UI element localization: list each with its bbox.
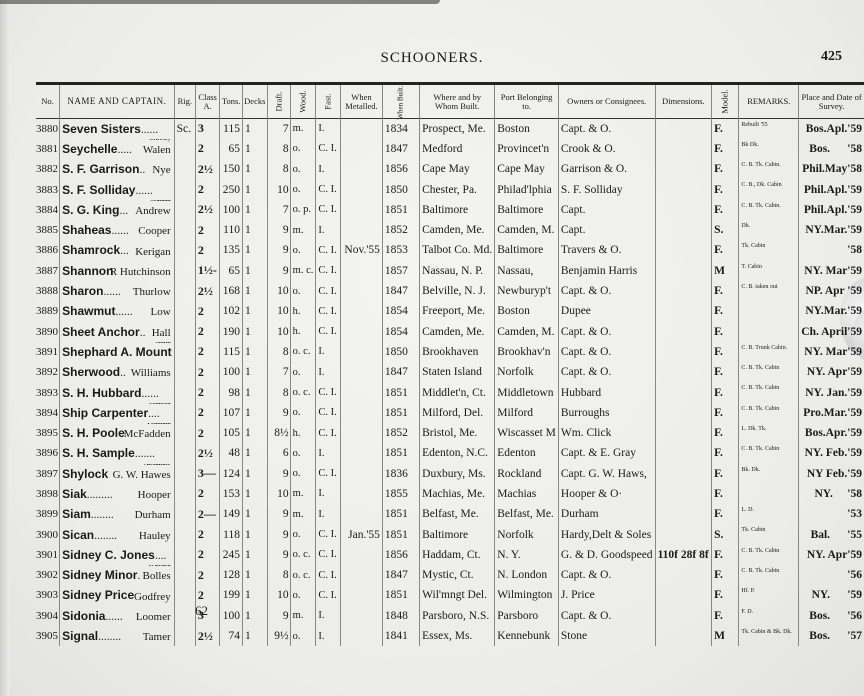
captain-name: Kerigan [135,246,170,258]
leader-dots: .. [120,367,126,379]
cell-no: 3897 [36,464,60,484]
cell-dimensions [655,301,712,321]
cell-survey: Phil.Apl.'59 [799,200,864,220]
leader-dots: . [137,570,140,582]
cell-survey: NP. Apr '59 [799,281,864,301]
prior-captain: Crawley [149,139,171,142]
cell-metalled [340,423,382,443]
cell-fast: C. I. [316,281,341,301]
table-row: 3882 S. F. Garrison.. Nye 2½ 150 1 8 o. … [36,159,864,179]
cell-rig [174,261,195,281]
cell-port: Norfolk [495,362,559,382]
cell-no: 3891 [36,342,60,362]
cell-decks: 1 [242,200,267,220]
cell-no: 3881 [36,139,60,159]
cell-built: 1856 [382,545,419,565]
leader-dots: ... [120,245,129,257]
cell-tons: 149 [220,504,243,524]
header-model-label: Model. [721,89,730,113]
cell-where-built: Baltimore [420,200,495,220]
cell-no: 3885 [36,220,60,240]
cell-name-captain: S. G. King... Seaman Andrew [60,200,175,220]
vessel-name: Signal [62,629,98,643]
cell-name-captain: Sidney Minor. J. Bedell Bolles [60,565,175,585]
vessel-name: Sharon [62,284,103,298]
cell-no: 3899 [36,504,60,524]
prior-captain: Fountain [147,423,170,426]
cell-fast: C. I. [316,382,341,402]
cell-tons: 100 [220,362,243,382]
cell-remarks: L. D. [739,504,799,524]
cell-built: 1852 [382,423,419,443]
prior-captain: Smith [155,342,170,345]
cell-rig [174,220,195,240]
vessel-name: S. H. Hubbard [62,386,141,400]
cell-remarks: Tk. Cabin & Bk. Dk. [739,626,799,646]
leader-dots: ........ [98,631,121,643]
cell-metalled [340,159,382,179]
cell-decks: 1 [242,281,267,301]
cell-metalled: Jan.'55 [340,524,382,544]
cell-wood: o. [290,179,316,199]
cell-model: F. [712,464,739,484]
cell-where-built: Belville, N. J. [420,281,495,301]
cell-survey: '53 [799,504,864,524]
cell-rig [174,240,195,260]
cell-port: Baltimore [495,200,559,220]
cell-owners: Capt. & O. [558,606,655,626]
cell-decks: 1 [242,585,267,605]
cell-draft: 6 [267,443,290,463]
cell-decks: 1 [242,545,267,565]
cell-wood: h. [290,423,316,443]
captain-name: Walen [143,144,171,156]
cell-no: 3901 [36,545,60,565]
leader-dots: ......... [87,489,113,501]
cell-built: 1848 [382,606,419,626]
cell-fast: C. I. [316,403,341,423]
vessel-name: S. H. Poole [62,426,125,440]
captain-name: Godfrey [134,591,171,603]
cell-class: 2½ [195,626,219,646]
cell-wood: m. [290,606,316,626]
header-class: Class A. [195,84,219,119]
header-model: Model. [712,84,739,119]
captain-name: Hauley [139,530,171,542]
table-row: 3894 Ship Carpenter.... Johnson 2 107 1 … [36,403,864,423]
cell-decks: 1 [242,423,267,443]
cell-survey: NY.Mar.'59 [799,301,864,321]
cell-port: N. London [495,565,559,585]
cell-built: 1851 [382,585,419,605]
cell-metalled [340,403,382,423]
cell-remarks: Tk. Cabin [739,240,799,260]
cell-owners: Dupee [558,301,655,321]
cell-built: 1853 [382,240,419,260]
cell-where-built: Haddam, Ct. [420,545,495,565]
cell-rig [174,484,195,504]
cell-survey: Bos. '57 [799,626,864,646]
table-row: 3896 S. H. Sample....... 2½ 48 1 6 o. I.… [36,443,864,463]
cell-rig [174,281,195,301]
leader-dots: ..... [117,144,131,156]
cell-owners: Burroughs [558,403,655,423]
cell-model: M [712,261,739,281]
cell-model: S. [712,220,739,240]
header-built: When Built. [382,84,419,119]
cell-wood: o. p. [290,200,316,220]
vessel-name: Sican [62,528,94,542]
vessel-name: Sidney C. Jones [62,548,155,562]
cell-no: 3903 [36,585,60,605]
leader-dots: ...... [141,388,158,400]
cell-class: 2 [195,240,219,260]
cell-no: 3905 [36,626,60,646]
cell-where-built: Freeport, Me. [420,301,495,321]
cell-metalled [340,464,382,484]
cell-wood: o. [290,443,316,463]
cell-model: F. [712,301,739,321]
cell-tons: 102 [220,301,243,321]
cell-class: 2 [195,403,219,423]
cell-wood: o. [290,139,316,159]
captain-name: Loomer [136,611,171,623]
cell-draft: 9 [267,545,290,565]
cell-tons: 107 [220,403,243,423]
cell-name-captain: Sican........ Hauley [60,524,175,544]
cell-owners: Hooper & O· [558,484,655,504]
cell-wood: o. c. [290,565,316,585]
cell-no: 3898 [36,484,60,504]
header-draft-label: Draft. [274,91,283,111]
cell-metalled [340,362,382,382]
cell-metalled [340,301,382,321]
vessel-name: Seychelle [62,142,117,156]
cell-survey: '58 [799,240,864,260]
vessel-name: Shamrock [62,243,120,257]
cell-no: 3880 [36,119,60,139]
cell-name-captain: S. H. Poole Fountain McFadden [60,423,175,443]
cell-model: F. [712,585,739,605]
cell-survey: Bos. '56 [799,606,864,626]
cell-owners: Stone [558,626,655,646]
cell-remarks: C. B. Tk. Cabin [739,362,799,382]
cell-dimensions [655,464,712,484]
schooner-register-table: No. NAME AND CAPTAIN. Rig. Class A. Tons… [36,82,864,646]
cell-rig [174,139,195,159]
cell-decks: 1 [242,159,267,179]
cell-port: N. Y. [495,545,559,565]
cell-metalled [340,484,382,504]
cell-dimensions [655,626,712,646]
cell-model: M [712,626,739,646]
page-number: 425 [821,49,842,65]
cell-rig [174,585,195,605]
cell-fast: C. I. [316,524,341,544]
cell-dimensions [655,565,712,585]
register-page: SCHOONERS. 425 No. NAME AND CAPTAIN. Rig… [0,0,864,696]
cell-fast: I. [316,220,341,240]
cell-built: 1836 [382,464,419,484]
cell-name-captain: Signal........ Tamer [60,626,175,646]
vessel-name: S. F. Solliday [62,183,135,197]
page-gutter [0,0,10,696]
cell-built: 1847 [382,281,419,301]
cell-owners: Garrison & O. [558,159,655,179]
cell-port: Boston [495,119,559,139]
cell-fast: I. [316,159,341,179]
cell-port: Nassau, [495,261,559,281]
cell-draft: 8 [267,159,290,179]
header-where-built: Where and by Whom Built. [420,84,495,119]
cell-port: Brookhav'n [495,342,559,362]
cell-model: F. [712,200,739,220]
leader-dots: ........ [94,530,117,542]
vessel-name: S. H. Sample [62,446,135,460]
cell-dimensions [655,382,712,402]
cell-model: F. [712,504,739,524]
cell-metalled [340,565,382,585]
captain-name: Thurlow [133,286,171,298]
cell-dimensions [655,261,712,281]
table-header: No. NAME AND CAPTAIN. Rig. Class A. Tons… [36,84,864,119]
cell-where-built: Edenton, N.C. [420,443,495,463]
cell-rig [174,524,195,544]
cell-model: F. [712,484,739,504]
cell-metalled [340,321,382,341]
cell-rig [174,423,195,443]
cell-where-built: Chester, Pa. [420,179,495,199]
cell-metalled [340,606,382,626]
cell-rig [174,545,195,565]
cell-owners: Crook & O. [558,139,655,159]
cell-no: 3888 [36,281,60,301]
cell-built: 1854 [382,301,419,321]
cell-fast: I. [316,606,341,626]
cell-draft: 9½ [267,626,290,646]
cell-port: Baltimore [495,240,559,260]
header-fast-label: Fast. [324,93,333,109]
cell-model: F. [712,119,739,139]
cell-class: 2 [195,565,219,585]
cell-where-built: Medford [420,139,495,159]
captain-name: G. W. Hawes [113,469,171,481]
cell-model: F. [712,342,739,362]
cell-owners: Capt. & O. [558,565,655,585]
cell-remarks: Bk. Dk. [739,464,799,484]
cell-rig [174,301,195,321]
cell-built: 1851 [382,524,419,544]
cell-no: 3895 [36,423,60,443]
cell-survey: NY. Mar'59 [799,342,864,362]
cell-tons: 98 [220,382,243,402]
cell-port: Camden, M. [495,321,559,341]
cell-remarks: F. D. [739,606,799,626]
vessel-name: Siam [62,507,91,521]
header-tons: Tons. [220,84,243,119]
leader-dots: ...... [135,185,152,197]
cell-draft: 10 [267,585,290,605]
cell-metalled [340,443,382,463]
cell-draft: 8 [267,565,290,585]
cell-decks: 1 [242,301,267,321]
cell-wood: m. [290,220,316,240]
cell-survey: Ch. April'59 [799,321,864,341]
cell-decks: 1 [242,261,267,281]
cell-built: 1847 [382,139,419,159]
cell-tons: 153 [220,484,243,504]
cell-remarks: C. B. taken out [739,281,799,301]
footer-signature-mark: 62 [195,603,208,619]
cell-where-built: Belfast, Me. [420,504,495,524]
cell-dimensions [655,342,712,362]
cell-port: Middletown [495,382,559,402]
cell-no: 3889 [36,301,60,321]
header-wood: Wood. [290,84,316,119]
cell-name-captain: Shawmut...... Low [60,301,175,321]
cell-rig [174,159,195,179]
table-row: 3895 S. H. Poole Fountain McFadden 2 105… [36,423,864,443]
cell-class: 2½ [195,443,219,463]
vessel-name: S. F. Garrison [62,162,139,176]
table-row: 3881 Seychelle..... Crawley Walen 2 65 1… [36,139,864,159]
cell-rig [174,200,195,220]
cell-dimensions [655,403,712,423]
leader-dots: ...... [141,124,158,136]
prior-captain: J. Bedell [149,565,171,568]
cell-survey: NY. '59 [799,585,864,605]
cell-no: 3893 [36,382,60,402]
table-row: 3903 Sidney Price Godfrey 2 199 1 10 o. … [36,585,864,605]
cell-fast: I. [316,504,341,524]
cell-remarks: C. B. Tk. Cabin [739,565,799,585]
cell-no: 3894 [36,403,60,423]
cell-tons: 74 [220,626,243,646]
cell-draft: 9 [267,504,290,524]
cell-name-captain: Ship Carpenter.... Johnson [60,403,175,423]
cell-wood: o. [290,362,316,382]
cell-tons: 100 [220,200,243,220]
captain-name: Hooper [138,489,171,501]
cell-tons: 128 [220,565,243,585]
cell-owners: Capt. & O. [558,119,655,139]
cell-draft: 8 [267,382,290,402]
leader-dots: ...... [115,306,132,318]
cell-owners: Capt. & E. Gray [558,443,655,463]
cell-fast: C. I. [316,139,341,159]
header-decks: Decks [242,84,267,119]
cell-model: F. [712,240,739,260]
captain-name: Hall [152,327,171,339]
cell-survey: NY. Apr'59 [799,362,864,382]
table-row: 3890 Sheet Anchor.. Hall 2 190 1 10 h. C… [36,321,864,341]
cell-rig [174,321,195,341]
vessel-name: Sheet Anchor [62,325,140,339]
cell-draft: 10 [267,321,290,341]
cell-no: 3886 [36,240,60,260]
table-row: 3888 Sharon...... Thurlow 2½ 168 1 10 o.… [36,281,864,301]
header-wood-label: Wood. [299,90,308,112]
cell-dimensions [655,443,712,463]
cell-where-built: Cape May [420,159,495,179]
cell-where-built: Wil'mngt Del. [420,585,495,605]
cell-where-built: Baltimore [420,524,495,544]
cell-dimensions [655,179,712,199]
prior-captain: Alexander [144,464,171,467]
cell-fast: I. [316,342,341,362]
cell-wood: o. [290,464,316,484]
cell-owners: Capt. [558,220,655,240]
cell-owners: Hardy,Delt & Soles [558,524,655,544]
cell-port: Cape May [495,159,559,179]
cell-owners: Capt. [558,200,655,220]
cell-remarks: C. B. Tk. Cabin. [739,200,799,220]
cell-model: F. [712,443,739,463]
cell-built: 1834 [382,119,419,139]
cell-built: 1841 [382,626,419,646]
cell-where-built: Camden, Me. [420,220,495,240]
cell-model: S. [712,524,739,544]
cell-where-built: Machias, Me. [420,484,495,504]
cell-where-built: Essex, Ms. [420,626,495,646]
cell-built: 1851 [382,443,419,463]
cell-survey: Bal. '55 [799,524,864,544]
vessel-name: Shannon [62,264,113,278]
captain-name: Nye [152,164,170,176]
cell-fast: I. [316,443,341,463]
cell-name-captain: Siak......... Hooper [60,484,175,504]
cell-wood: o. [290,403,316,423]
cell-survey: NY. '58 [799,484,864,504]
cell-remarks: C. B. Tk. Cabin [739,545,799,565]
cell-metalled: Nov.'55 [340,240,382,260]
captain-name: Williams [131,367,171,379]
cell-survey: NY. Mar'59 [799,261,864,281]
cell-tons: 190 [220,321,243,341]
cell-decks: 1 [242,443,267,463]
table-row: 3885 Shaheas...... Cooper 2 110 1 9 m. I… [36,220,864,240]
cell-no: 3890 [36,321,60,341]
cell-name-captain: Shylock Alexander G. W. Hawes [60,464,175,484]
cell-dimensions [655,484,712,504]
cell-draft: 7 [267,119,290,139]
cell-dimensions [655,200,712,220]
cell-built: 1855 [382,484,419,504]
cell-tons: 110 [220,220,243,240]
cell-owners: Durham [558,504,655,524]
cell-metalled [340,200,382,220]
cell-class: 2— [195,504,219,524]
cell-where-built: Middlet'n, Ct. [420,382,495,402]
cell-tons: 65 [220,261,243,281]
cell-built: 1847 [382,362,419,382]
cell-survey: Bos. '58 [799,139,864,159]
table-row: 3901 Sidney C. Jones.... 2 245 1 9 o. c.… [36,545,864,565]
captain-name: Cooper [138,225,170,237]
header-owners: Owners or Consignees. [558,84,655,119]
cell-fast: C. I. [316,261,341,281]
cell-draft: 7 [267,200,290,220]
cell-class: 2 [195,220,219,240]
cell-name-captain: Sheet Anchor.. Hall [60,321,175,341]
cell-port: Rockland [495,464,559,484]
cell-tons: 250 [220,179,243,199]
cell-draft: 8 [267,342,290,362]
cell-tons: 199 [220,585,243,605]
vessel-name: Sidney Price [62,588,134,602]
cell-rig [174,565,195,585]
cell-where-built: Mystic, Ct. [420,565,495,585]
